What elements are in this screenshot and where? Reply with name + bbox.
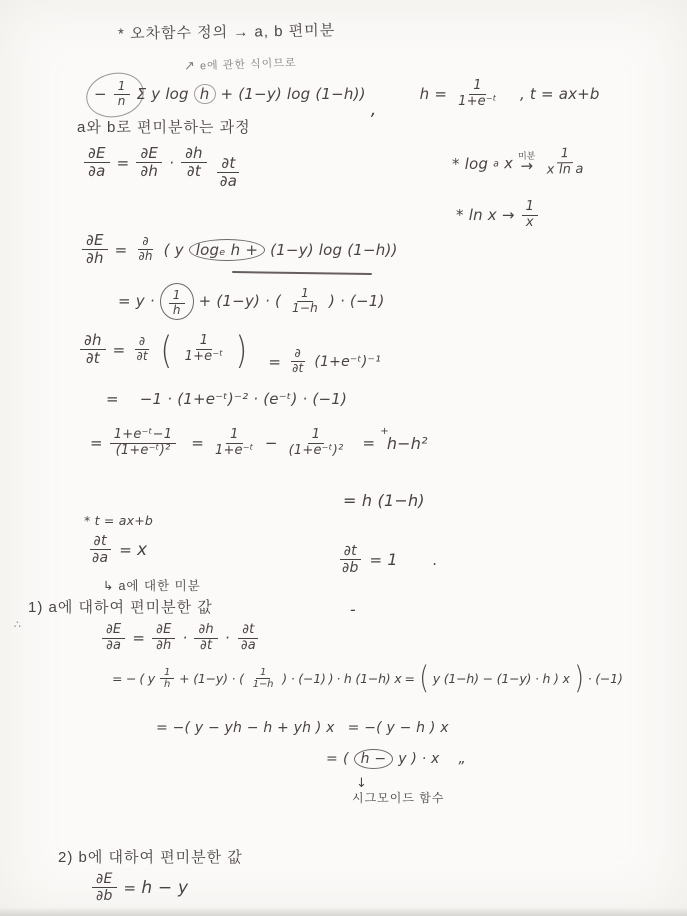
note-text: * t = ax+b bbox=[84, 513, 153, 528]
fraction: ∂E∂h bbox=[136, 145, 162, 181]
big-paren-close: ) bbox=[236, 335, 248, 365]
period-mark: . bbox=[433, 551, 438, 569]
equals-sign: = bbox=[113, 341, 126, 359]
fraction: ∂E∂a bbox=[102, 623, 125, 654]
page-title: * 오차함수 정의 → a, b 편미분 bbox=[118, 19, 335, 44]
denominator: (1+e⁻ᵗ)² bbox=[112, 444, 175, 459]
partial-operator: ∂∂h bbox=[134, 235, 156, 264]
part2-heading: 2) b에 대하여 편미분한 값 bbox=[58, 846, 243, 867]
result-expression: = h (1−h) bbox=[343, 491, 425, 510]
ln-expression: ln x bbox=[469, 206, 497, 224]
expression: −1 · (1+e⁻ᵗ)⁻² · (e⁻ᵗ) · (−1) bbox=[140, 390, 347, 408]
numerator: ∂E bbox=[136, 145, 162, 163]
numerator: 1 bbox=[308, 428, 324, 444]
product-term: · h (1−h) x bbox=[336, 671, 401, 686]
notebook-page: * 오차함수 정의 → a, b 편미분 ↗ e에 관한 식이므로 − 1 n … bbox=[0, 0, 687, 916]
circled-h-term: h − bbox=[354, 749, 394, 769]
sigmoid-fraction: 1 1+e⁻ᵗ bbox=[454, 79, 501, 110]
dtdb-line: ∂t∂b = 1 . bbox=[336, 543, 438, 576]
denominator: h bbox=[169, 304, 185, 318]
equals-sign: = bbox=[362, 434, 375, 452]
fraction: 11+e⁻ᵗ bbox=[211, 428, 258, 459]
denominator: ∂t bbox=[82, 350, 104, 367]
numerator: ∂E bbox=[82, 232, 108, 250]
numerator: ∂t bbox=[90, 533, 111, 550]
big-paren-open: ( bbox=[419, 666, 429, 691]
denominator: (1+e⁻ᵗ)² bbox=[285, 444, 348, 459]
open-paren: ( bbox=[343, 751, 349, 767]
numerator: ∂ bbox=[291, 347, 305, 362]
result-value: x bbox=[137, 540, 147, 560]
result-value: h − y bbox=[141, 878, 188, 898]
fraction: 1x bbox=[522, 200, 538, 231]
fraction: 1+e⁻ᵗ−1(1+e⁻ᵗ)² bbox=[110, 428, 176, 459]
rest-expression: y ) · x bbox=[398, 751, 439, 767]
sum-expression-rest: + (1−y) log (1−h)) bbox=[221, 85, 366, 103]
denominator: ∂t bbox=[288, 362, 307, 376]
numerator: 1 bbox=[256, 667, 270, 680]
expression-rest: (1−y) log (1−h)) bbox=[270, 241, 397, 259]
part1-expansion: = − ( y 1h + (1−y) · ( 11−h ) · (−1) ) ·… bbox=[112, 666, 623, 691]
denominator: 1+e⁻ᵗ bbox=[211, 444, 258, 459]
ln-derivative-rule: * ln x → 1x bbox=[456, 200, 540, 231]
denominator: 1−h bbox=[288, 302, 322, 316]
numerator: ∂t bbox=[217, 155, 239, 173]
sigmoid-label-text: 시그모이드 함수 bbox=[352, 789, 444, 806]
denominator: ∂t bbox=[132, 350, 151, 364]
middle-expression: + (1−y) · ( bbox=[199, 292, 281, 310]
part1-chain-rule: ∂E∂a = ∂E∂h · ∂h∂t · ∂t∂a bbox=[100, 623, 262, 654]
fraction: 1x ln a bbox=[542, 147, 588, 179]
equals-sign: = bbox=[326, 751, 338, 767]
expression-open: ( y bbox=[164, 241, 184, 259]
denominator: ∂a bbox=[88, 550, 112, 566]
denominator: 1−h bbox=[249, 679, 277, 691]
part2-result: ∂E∂b = h − y bbox=[90, 871, 188, 904]
branch-note: ↳ a에 대한 미분 bbox=[103, 576, 201, 594]
equals-sign: = bbox=[124, 879, 137, 897]
numerator: ∂ bbox=[138, 235, 152, 250]
numerator: ∂h bbox=[181, 145, 207, 163]
equals-sign: = bbox=[119, 541, 132, 559]
equals-sign: = bbox=[370, 551, 383, 569]
fraction: 11−h bbox=[288, 287, 322, 316]
right-arrow-icon: → bbox=[502, 206, 515, 224]
dot-operator: · bbox=[169, 154, 174, 172]
close-group: ) bbox=[329, 671, 334, 686]
branch-label: a에 대한 미분 bbox=[118, 576, 200, 594]
denominator: x ln a bbox=[543, 163, 588, 179]
inner-expression: y (1−h) − (1−y) · h ) x bbox=[433, 671, 570, 686]
minus-sign: − bbox=[265, 434, 278, 452]
circled-h: h bbox=[194, 84, 216, 104]
tail-factor: · (−1) bbox=[588, 671, 623, 686]
fraction: 1h bbox=[169, 289, 185, 318]
simplified-expression: = −( y − yh − h + yh ) x bbox=[156, 720, 335, 736]
branch-arrow-icon: ↳ bbox=[103, 578, 113, 593]
result-value: 1 bbox=[387, 550, 397, 569]
fraction: ∂E∂b bbox=[92, 871, 117, 904]
equals-sign: = bbox=[117, 154, 130, 172]
equals-sign: = bbox=[191, 434, 204, 452]
fraction: ∂t∂b bbox=[338, 543, 363, 576]
circled-log-term: logₑ h + bbox=[189, 239, 265, 261]
log-function: log bbox=[465, 155, 489, 173]
numerator: ∂E bbox=[102, 623, 125, 639]
denominator: ∂b bbox=[338, 560, 363, 576]
denominator: 1+e⁻ᵗ bbox=[181, 350, 228, 365]
numerator: 1 bbox=[160, 667, 174, 680]
numerator: 1 bbox=[226, 428, 242, 444]
t-definition-note: * t = ax+b bbox=[84, 513, 153, 528]
numerator: ∂E bbox=[92, 871, 117, 888]
fraction: 11+e⁻ᵗ bbox=[181, 334, 228, 365]
star-mark: * bbox=[452, 156, 460, 174]
dtda-line: ∂t∂a = x bbox=[86, 533, 147, 566]
part1-simplify: = −( y − yh − h + yh ) x = −( y − h ) x bbox=[156, 720, 449, 736]
numerator: ∂h bbox=[194, 623, 217, 639]
denominator: ∂t bbox=[183, 163, 205, 180]
fraction: ∂h∂t bbox=[194, 623, 217, 654]
numerator: 1 bbox=[297, 287, 313, 302]
numerator: 1 bbox=[557, 147, 574, 163]
ditto-mark: „ bbox=[459, 751, 466, 767]
fraction: ∂t∂a bbox=[237, 623, 260, 654]
fraction: 11−h bbox=[249, 667, 277, 691]
partial-operator: ∂∂t bbox=[288, 347, 307, 376]
denominator: ∂a bbox=[216, 173, 241, 190]
therefore-mark: ∴ bbox=[14, 618, 21, 631]
dhdt-step2: = −1 · (1+e⁻ᵗ)⁻² · (e⁻ᵗ) · (−1) bbox=[106, 390, 347, 408]
process-heading-text: a와 b로 편미분하는 과정 bbox=[77, 116, 251, 137]
simplified-expression2: = −( y − h ) x bbox=[348, 720, 449, 736]
dEdh-derivation: ∂E∂h = ∂∂h ( y logₑ h + (1−y) log (1−h)) bbox=[80, 232, 398, 268]
dhdt-step3: = 1+e⁻ᵗ−1(1+e⁻ᵗ)² = 11+e⁻ᵗ − 1(1+e⁻ᵗ)² =… bbox=[90, 428, 428, 459]
dEdh-result: = y · 1h + (1−y) · ( 11−h ) · (−1) bbox=[118, 283, 385, 320]
numerator: 1+e⁻ᵗ−1 bbox=[110, 428, 176, 444]
middle-expression: + (1−y) · ( bbox=[179, 671, 244, 686]
fraction: 1h bbox=[160, 667, 174, 691]
equals-sign: = bbox=[132, 629, 145, 647]
denominator: ∂a bbox=[84, 163, 109, 180]
numerator: ∂ bbox=[135, 335, 149, 350]
denominator: ∂a bbox=[237, 639, 260, 654]
denominator: 1+e⁻ᵗ bbox=[454, 95, 501, 110]
open-group: ( y bbox=[139, 671, 155, 686]
numerator: ∂t bbox=[238, 623, 258, 639]
numerator: ∂t bbox=[340, 543, 361, 560]
part1-heading: 1) a에 대하여 편미분한 값 bbox=[28, 596, 213, 617]
equals-sign: = bbox=[404, 671, 414, 686]
process-heading: a와 b로 편미분하는 과정 bbox=[77, 116, 251, 137]
fraction: ∂h∂t bbox=[181, 145, 207, 181]
h-definition-lhs: h = bbox=[420, 85, 447, 103]
equals-sign: = bbox=[90, 434, 103, 452]
underline-stroke bbox=[232, 271, 372, 275]
labeled-arrow: 미분 → bbox=[518, 152, 536, 174]
denominator: ∂h bbox=[82, 250, 108, 267]
equals-sign: = bbox=[118, 292, 131, 310]
y-token: y · bbox=[136, 292, 155, 310]
tail-expression: ) · (−1) bbox=[329, 292, 385, 310]
numerator: 1 bbox=[522, 200, 538, 216]
part1-heading-text: 1) a에 대하여 편미분한 값 bbox=[28, 596, 213, 617]
dash-mark: - bbox=[350, 600, 356, 619]
big-paren-open: ( bbox=[160, 335, 172, 365]
loss-formula: − 1 n Σ y log h + (1−y) log (1−h)) , h =… bbox=[94, 70, 600, 118]
denominator: ∂h bbox=[134, 250, 156, 264]
middle-expression2: ) · (−1) bbox=[282, 671, 325, 686]
star-mark: * bbox=[456, 206, 464, 224]
derivative-arrow-icon: → bbox=[520, 159, 533, 174]
log-argument: x bbox=[504, 155, 513, 173]
chain-rule: ∂E∂a = ∂E∂h · ∂h∂t ∂t∂a bbox=[82, 145, 243, 181]
denominator: ∂h bbox=[136, 163, 162, 180]
circled-fraction: 1h bbox=[160, 283, 194, 320]
part2-heading-text: 2) b에 대하여 편미분한 값 bbox=[58, 846, 243, 867]
numerator: ∂E bbox=[152, 623, 175, 639]
denominator: x bbox=[522, 216, 538, 231]
h-token: h bbox=[200, 85, 210, 103]
equals-sign: = bbox=[115, 241, 128, 259]
result-expression: h−h² bbox=[387, 434, 428, 453]
dhdt-derivation: ∂h∂t = ∂∂t ( 11+e⁻ᵗ ) = ∂∂t (1+e⁻ᵗ)⁻¹ bbox=[78, 332, 381, 368]
numerator: ∂E bbox=[84, 145, 110, 163]
fraction: ∂E∂h bbox=[152, 623, 175, 654]
sum-expression: Σ y log bbox=[137, 85, 189, 103]
correction-plus: + bbox=[380, 426, 389, 437]
log-derivative-rule: * loga x 미분 → 1x ln a bbox=[452, 147, 590, 180]
title-line: * 오차함수 정의 → a, b 편미분 bbox=[118, 19, 335, 44]
sigmoid-label: 시그모이드 함수 bbox=[352, 789, 444, 806]
dot-operator: · bbox=[183, 629, 188, 647]
part1-result: = ( h − y ) · x „ bbox=[326, 749, 466, 769]
power-expression: (1+e⁻ᵗ)⁻¹ bbox=[314, 354, 381, 370]
denominator: ∂a bbox=[102, 639, 125, 654]
equals-minus: = − bbox=[112, 671, 136, 686]
denominator: h bbox=[160, 679, 174, 691]
numerator: ∂h bbox=[80, 332, 106, 350]
fraction: ∂h∂t bbox=[80, 332, 106, 368]
fraction: ∂E∂h bbox=[82, 232, 108, 268]
partial-operator: ∂∂t bbox=[132, 335, 151, 364]
equals-sign: = bbox=[106, 390, 119, 408]
h-minus: h − bbox=[361, 751, 387, 767]
big-paren-close: ) bbox=[574, 666, 584, 691]
dhdt-final: = h (1−h) bbox=[343, 491, 425, 510]
fraction: ∂E∂a bbox=[84, 145, 110, 181]
denominator: ∂t bbox=[196, 639, 216, 654]
comma-mark: , bbox=[371, 99, 377, 120]
denominator: ∂h bbox=[152, 639, 175, 654]
fraction: ∂t∂a bbox=[88, 533, 112, 566]
fraction: 1(1+e⁻ᵗ)² bbox=[285, 428, 348, 459]
numerator: 1 bbox=[169, 289, 185, 304]
numerator: 1 bbox=[469, 79, 485, 95]
numerator: 1 bbox=[196, 334, 212, 350]
fraction: ∂t∂a bbox=[216, 155, 241, 191]
log-base: a bbox=[493, 158, 499, 169]
log-term: logₑ h + bbox=[196, 241, 258, 259]
scan-shadow bbox=[0, 907, 687, 916]
denominator: ∂b bbox=[92, 888, 117, 904]
t-definition: , t = ax+b bbox=[520, 85, 600, 103]
dot-operator: · bbox=[225, 629, 230, 647]
equals-sign: = bbox=[268, 353, 281, 371]
